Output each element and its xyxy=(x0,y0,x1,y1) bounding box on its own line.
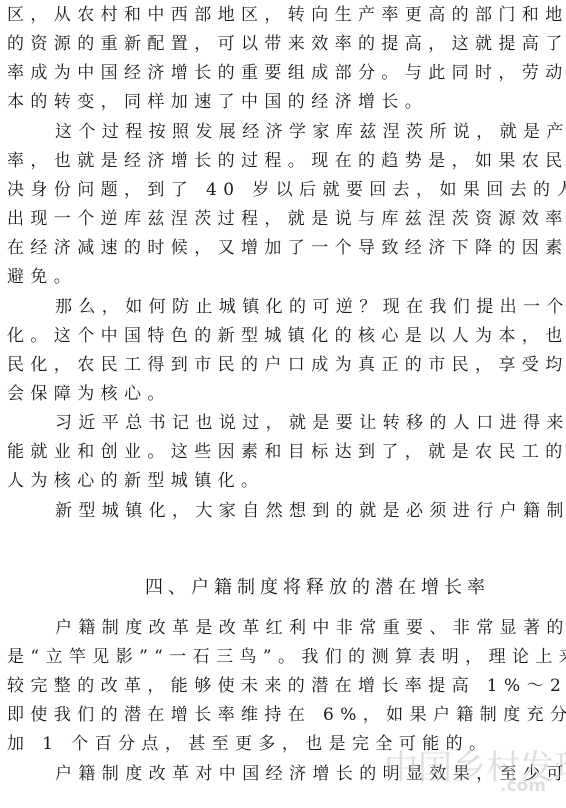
text-line: 区，从农村和中西部地区，转向生产率更高的部门和地区。这种转移带来 xyxy=(7,3,566,27)
text-line: 民化，农民工得到市民的户口成为真正的市民，享受均等的就业服务和社 xyxy=(7,353,566,377)
text-line: 出现一个逆库兹涅茨过程，就是说与库兹涅茨资源效率改善的过程相悖， xyxy=(7,207,566,231)
text-line: 率成为中国经济增长的重要组成部分。与此同时，劳动力的增长，人力资 xyxy=(7,61,566,85)
text-line: 会保障为核心。 xyxy=(7,382,171,406)
text-line: 率，也就是经济增长的过程。现在的趋势是，如果农民工不能在城市里解 xyxy=(7,149,566,173)
text-line: 化。这个中国特色的新型城镇化的核心是以人为本，也就是以农民工的市 xyxy=(7,324,566,348)
text-line: 人为核心的新型城镇化。 xyxy=(7,469,264,493)
text-line: 决身份问题，到了 40 岁以后就要回去，如果回去的人比进来的人多，就会 xyxy=(7,178,566,202)
text-line: 在经济减速的时候，又增加了一个导致经济下降的因素。这个因素应该 xyxy=(7,236,566,260)
text-line: 较完整的改革，能够使未来的潜在增长率提高 1%～2%，也就是说，未来 xyxy=(7,674,566,698)
text-line: 避免。 xyxy=(7,265,77,289)
text-line: 这个过程按照发展经济学家库兹涅茨所说，就是产业结构转变带来效 xyxy=(55,120,566,144)
text-line: 本的转变，同样加速了中国的经济增长。 xyxy=(7,90,428,114)
text-line: 能就业和创业。这些因素和目标达到了，就是农民工的市民化，也就是以 xyxy=(7,440,566,464)
text-line: 即使我们的潜在增长率维持在 6%，如果户籍制度充分改革了，经济增长增 xyxy=(7,703,566,727)
text-line: 加 1 个百分点，甚至更多，也是完全可能的。 xyxy=(7,732,492,756)
section-heading: 四、户籍制度将释放的潜在增长率 xyxy=(145,576,490,600)
text-line: 新型城镇化，大家自然想到的就是必须进行户籍制度改革。 xyxy=(55,499,566,523)
text-line: 户籍制度改革对中国经济增长的明显效果，至少可以列举出两项。 xyxy=(55,762,566,786)
text-line: 的资源的重新配置，可以带来效率的提高，这就提高了生产率。这种生产 xyxy=(7,32,566,56)
text-line: 户籍制度改革是改革红利中非常重要、非常显著的部分，我称其效果 xyxy=(55,616,566,640)
text-line: 那么，如何防止城镇化的可逆？现在我们提出一个概念叫做新型城镇 xyxy=(55,295,566,319)
text-line: 习近平总书记也说过，就是要让转移的人口进得来，住得下，容得进， xyxy=(55,411,566,435)
text-line: 是“立竿见影”“一石三鸟”。我们的测算表明，理论上来说，户籍制度比 xyxy=(7,645,566,669)
